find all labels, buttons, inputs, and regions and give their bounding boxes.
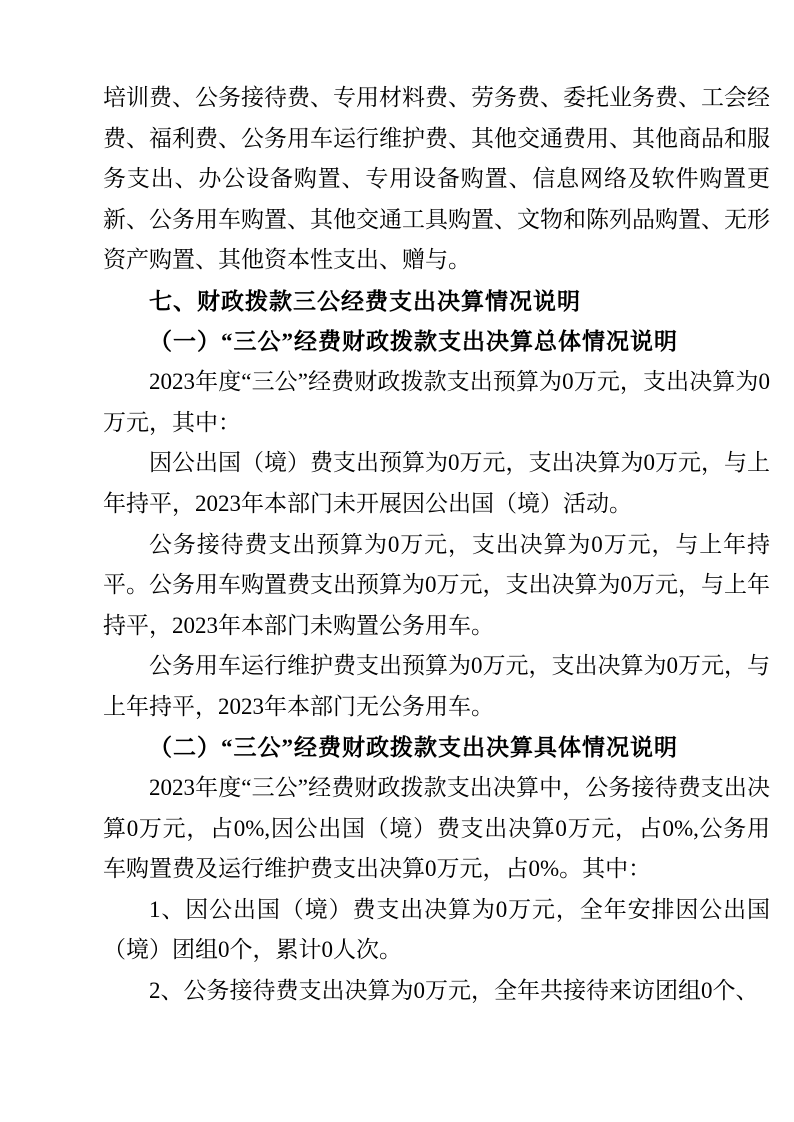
paragraph: 因公出国（境）费支出预算为0万元，支出决算为0万元，与上年持平，2023年本部门… — [103, 443, 770, 524]
subsection-heading: （一）“三公”经费财政拨款支出决算总体情况说明 — [103, 322, 770, 363]
paragraph: 公务接待费支出预算为0万元，支出决算为0万元，与上年持平。公务用车购置费支出预算… — [103, 525, 770, 647]
section-heading: 七、财政拨款三公经费支出决算情况说明 — [103, 281, 770, 322]
paragraph: 2023年度“三公”经费财政拨款支出决算中，公务接待费支出决算0万元，占0%,因… — [103, 768, 770, 890]
subsection-heading: （二）“三公”经费财政拨款支出决算具体情况说明 — [103, 728, 770, 769]
paragraph: 2、公务接待费支出决算为0万元，全年共接待来访团组0个、 — [103, 971, 770, 1012]
paragraph: 公务用车运行维护费支出预算为0万元，支出决算为0万元，与上年持平，2023年本部… — [103, 646, 770, 727]
paragraph: 1、因公出国（境）费支出决算为0万元，全年安排因公出国（境）团组0个，累计0人次… — [103, 890, 770, 971]
document-page: 培训费、公务接待费、专用材料费、劳务费、委托业务费、工会经费、福利费、公务用车运… — [0, 0, 794, 1122]
paragraph-continuation: 培训费、公务接待费、专用材料费、劳务费、委托业务费、工会经费、福利费、公务用车运… — [103, 78, 770, 281]
document-text-body: 培训费、公务接待费、专用材料费、劳务费、委托业务费、工会经费、福利费、公务用车运… — [103, 78, 770, 1012]
paragraph: 2023年度“三公”经费财政拨款支出预算为0万元，支出决算为0万元，其中： — [103, 362, 770, 443]
